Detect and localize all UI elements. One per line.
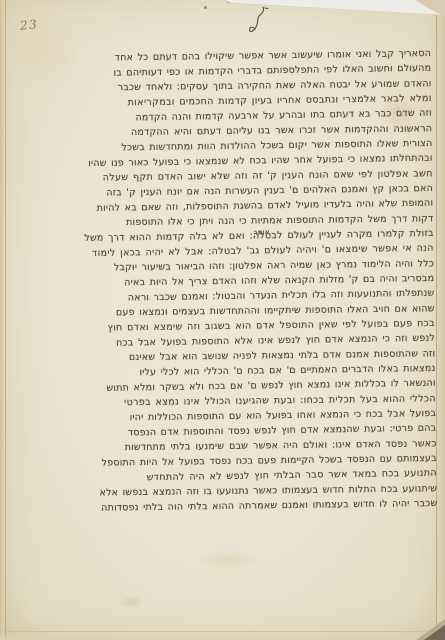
manuscript-page: 23 פרק ע'ו אומר הסאריך קבל ואני אומרו שי…: [0, 0, 445, 640]
paper-stain: [196, 550, 260, 570]
page-bottom-edge: [0, 631, 445, 640]
ink-speck: [204, 6, 207, 9]
page-gutter-edge: [436, 0, 445, 640]
folio-number: 23: [19, 17, 39, 33]
page-left-edge: [0, 0, 6, 640]
main-text-block: אומר הסאריך קבל ואני אומרו שיעשוב אשר אפ…: [57, 46, 437, 516]
paper-stain: [118, 596, 144, 608]
quire-mark-lamed-flourish: [247, 6, 271, 38]
manuscript-photo: 23 פרק ע'ו אומר הסאריך קבל ואני אומרו שי…: [0, 0, 445, 640]
